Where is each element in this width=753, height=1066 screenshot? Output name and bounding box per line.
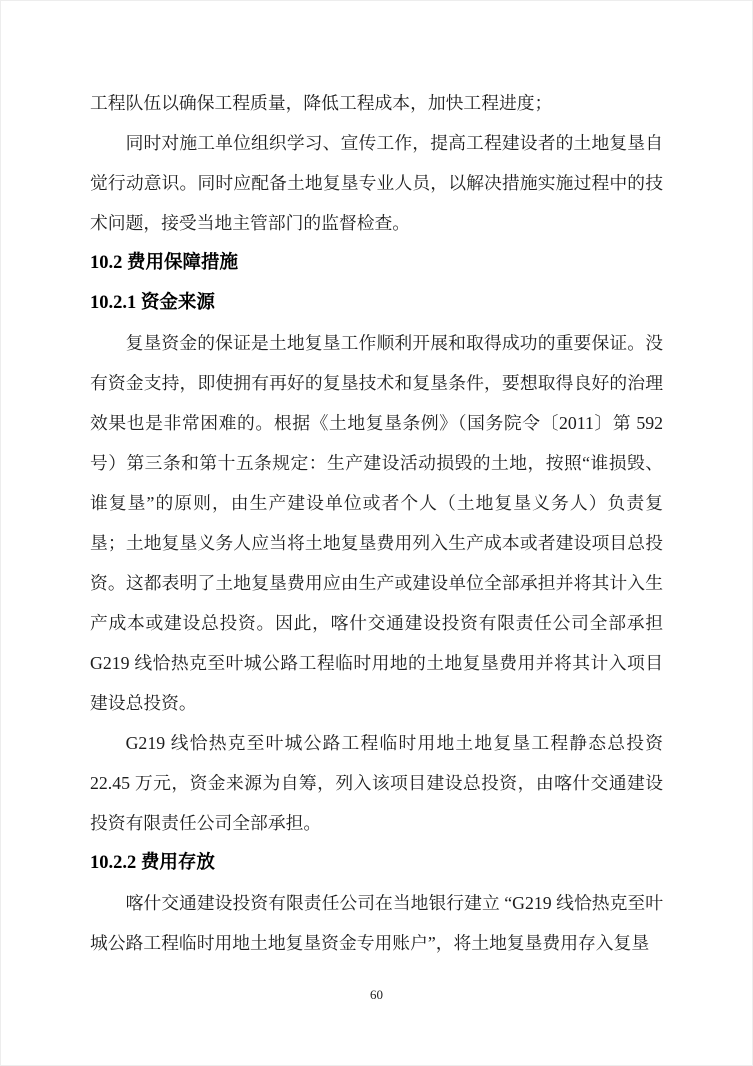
paragraph-fund-storage: 喀什交通建设投资有限责任公司在当地银行建立 “G219 线恰热克至叶城公路工程临… [90,883,663,963]
document-page: 工程队伍以确保工程质量，降低工程成本，加快工程进度； 同时对施工单位组织学习、宣… [0,0,753,1066]
document-body: 工程队伍以确保工程质量，降低工程成本，加快工程进度； 同时对施工单位组织学习、宣… [90,83,663,963]
paragraph-funding-source: 复垦资金的保证是土地复垦工作顺利开展和取得成功的重要保证。没有资金支持，即使拥有… [90,323,663,723]
section-heading-10-2-1: 10.2.1 资金来源 [90,283,663,323]
paragraph-continuation: 工程队伍以确保工程质量，降低工程成本，加快工程进度； [90,83,663,123]
paragraph-investment: G219 线恰热克至叶城公路工程临时用地土地复垦工程静态总投资 22.45 万元… [90,723,663,843]
paragraph-publicity: 同时对施工单位组织学习、宣传工作，提高工程建设者的土地复垦自觉行动意识。同时应配… [90,123,663,243]
page-number: 60 [1,987,752,1003]
section-heading-10-2: 10.2 费用保障措施 [90,243,663,283]
section-heading-10-2-2: 10.2.2 费用存放 [90,843,663,883]
